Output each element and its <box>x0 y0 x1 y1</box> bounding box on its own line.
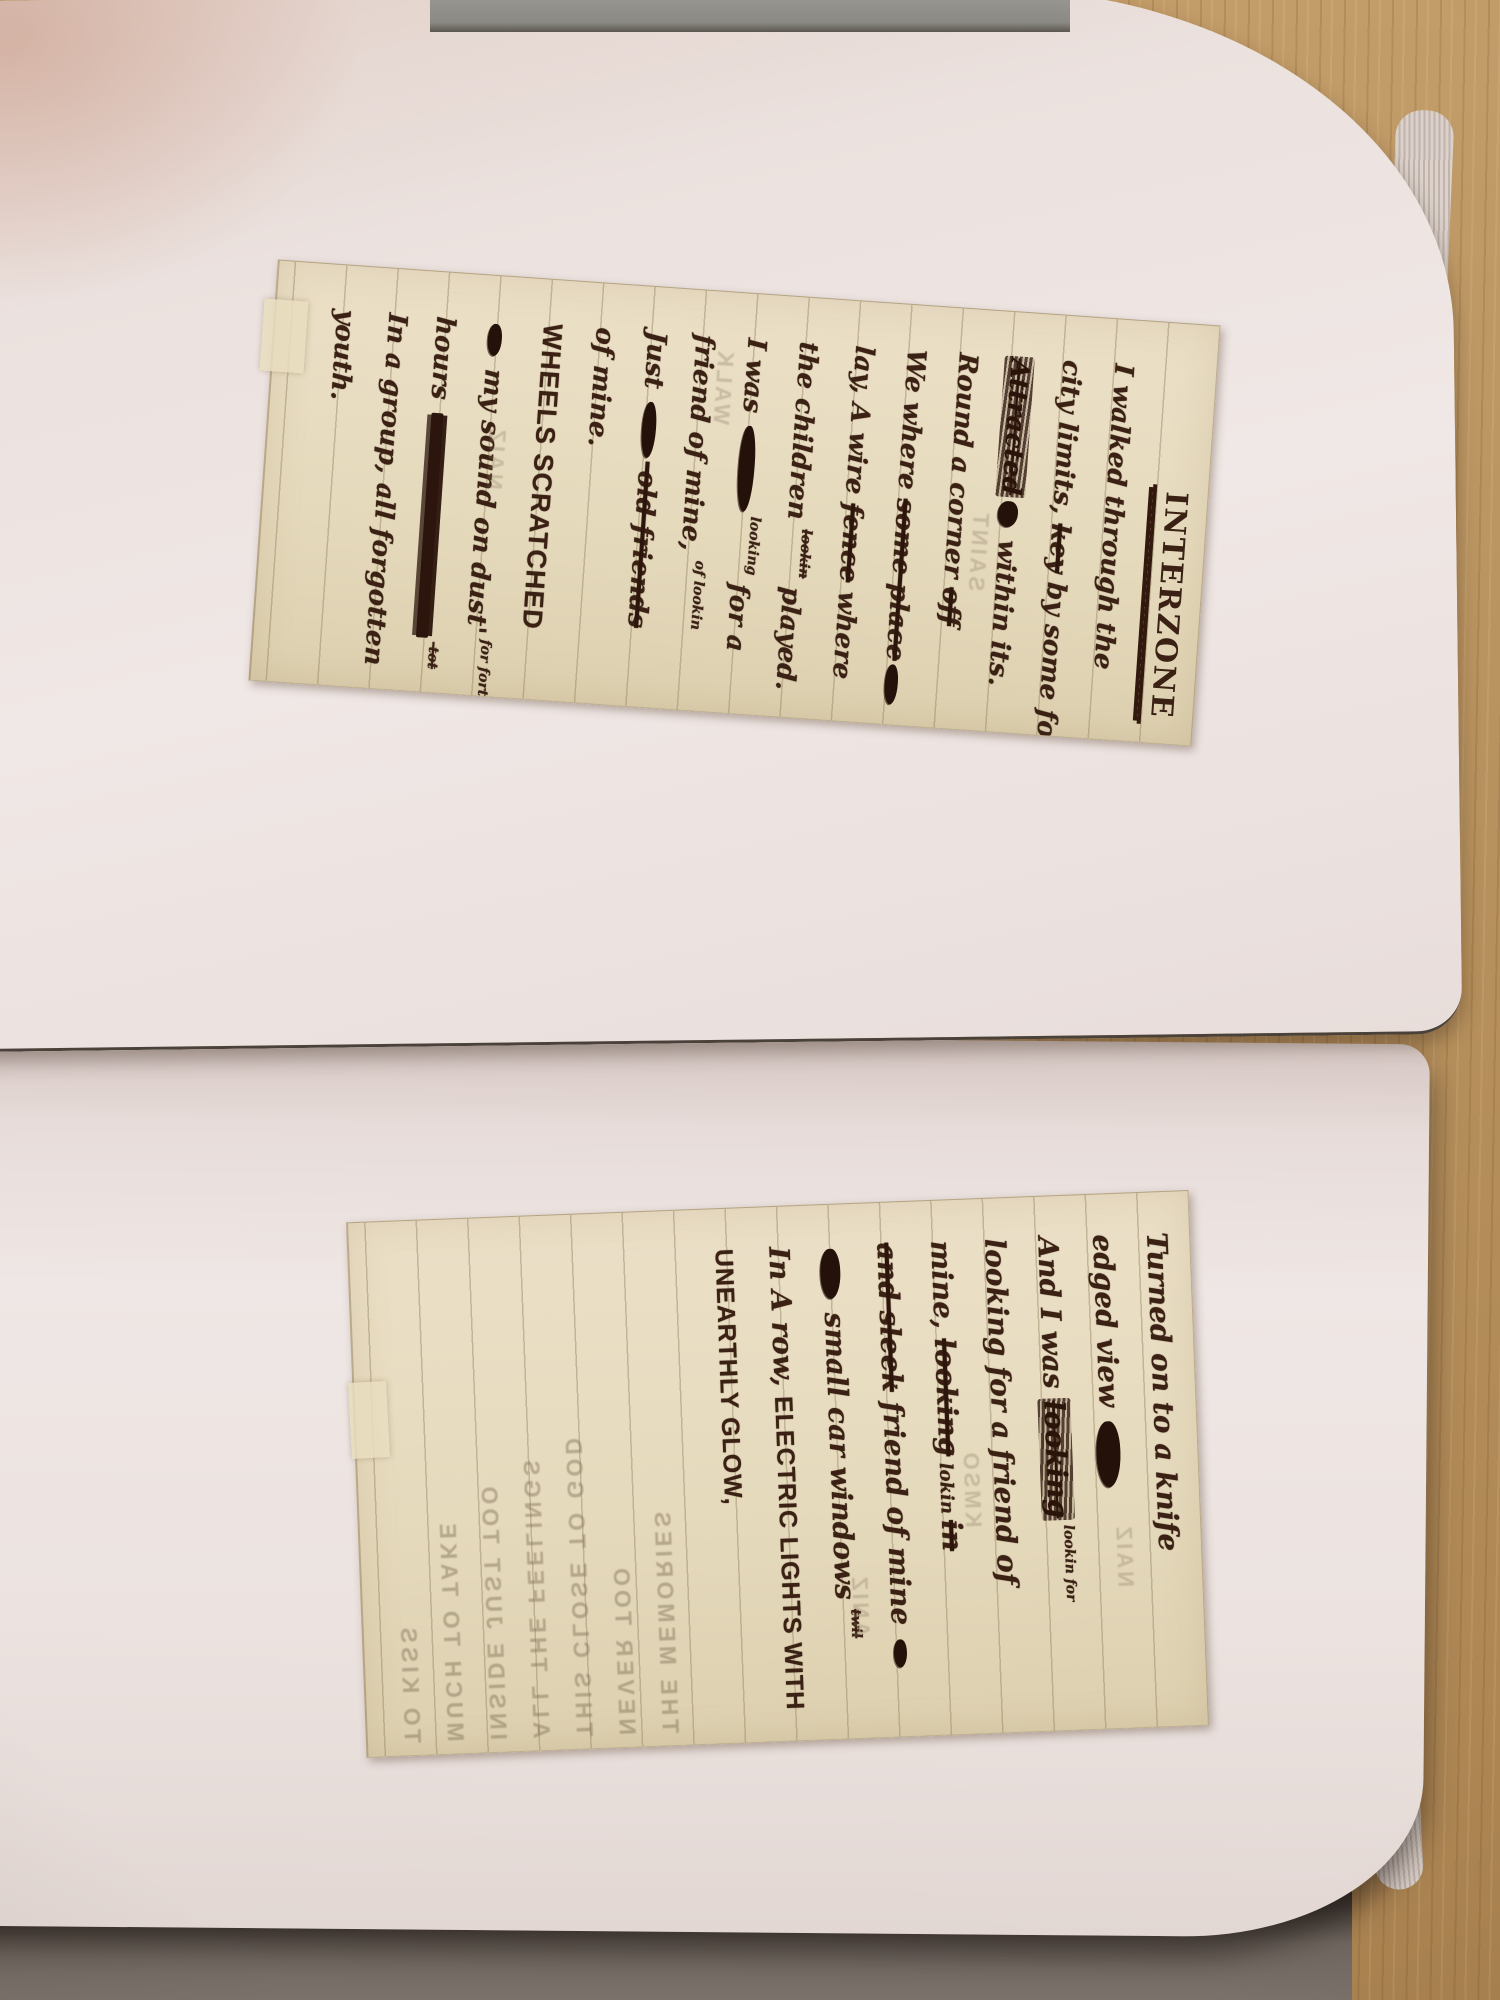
ink-blot <box>884 664 900 705</box>
lyric-segment: edged view <box>1086 1234 1126 1418</box>
lyric-sheet-top: INTERZONE I walked through thecity limit… <box>248 260 1220 747</box>
pencil-ghost-fragment: ANIZ <box>846 1573 874 1637</box>
lyric-segment: Turned on to a knife <box>1140 1232 1185 1552</box>
ink-blot <box>640 401 658 458</box>
lyric-segment: And I was <box>1031 1236 1070 1399</box>
tape-strip <box>348 1381 390 1459</box>
pencil-ghost-fragment: KMSO <box>957 1449 986 1528</box>
ink-blot <box>1096 1421 1123 1488</box>
lyric-sheet-bottom-text: Turned on to a knifeedged view And I was… <box>348 1191 1208 1757</box>
slipcase-box-top-edge <box>430 0 1070 32</box>
pencil-ghost-fragment: WALK <box>707 347 738 425</box>
pencil-ghost-fragment: NAIZ <box>1110 1523 1138 1587</box>
lyric-segment: lookin <box>795 529 814 579</box>
pencil-ghost-fragment: NAIZ <box>480 425 510 490</box>
ink-blot <box>997 500 1019 527</box>
lyric-segment: mine, <box>924 1240 961 1339</box>
lyric-segment: I was <box>736 337 772 423</box>
lyric-sheet-top-text: INTERZONE I walked through thecity limit… <box>250 261 1219 746</box>
lyric-lines: Turned on to a knifeedged view And I was… <box>687 1232 1191 1732</box>
ink-blot <box>735 425 757 512</box>
lyric-segment: and sleek <box>870 1242 909 1392</box>
tape-strip <box>260 299 309 374</box>
ink-blot <box>487 323 503 356</box>
ink-blot <box>893 1639 907 1667</box>
lyric-segment: off <box>934 586 967 627</box>
lyric-segment: youth. <box>324 308 360 401</box>
lyric-segment: fence <box>833 502 868 583</box>
ink-blot <box>416 412 444 637</box>
sheet-title: INTERZONE <box>1137 484 1195 726</box>
lyric-segment: lookin for <box>1060 1520 1079 1602</box>
ink-blot <box>820 1248 842 1299</box>
lyric-segment: key <box>1042 523 1075 575</box>
lyric-segment: for a <box>720 574 755 653</box>
lyric-segment: UNEARTHLY GLOW, <box>709 1248 747 1506</box>
lyric-sheet-bottom: Turned on to a knifeedged view And I was… <box>346 1190 1209 1758</box>
lyric-segment: hours <box>424 315 460 409</box>
lyric-segment: lokin <box>934 1456 957 1521</box>
lyric-segment: Just <box>637 330 672 399</box>
lyric-segment: tot <box>424 641 442 669</box>
lyric-segment: looking <box>928 1338 966 1457</box>
pencil-ghost-block: THE MEMORIESNEVER TOOTHIS CLOSE TO GODAL… <box>373 1251 692 1744</box>
lyric-segment: In A row, <box>762 1246 801 1397</box>
lyric-segment: played. <box>769 577 807 692</box>
photo-scene: INTERZONE I walked through thecity limit… <box>0 0 1500 2000</box>
lyric-segment: looking <box>1037 1398 1075 1521</box>
